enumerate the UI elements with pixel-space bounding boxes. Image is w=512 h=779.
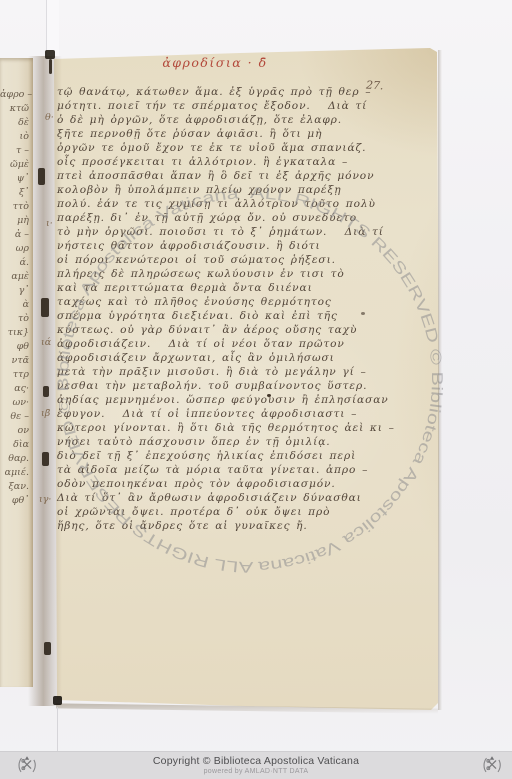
margin-number: ιβ̄: [41, 408, 50, 419]
text-line: ττρ: [0, 368, 29, 382]
text-line: ὰ: [0, 298, 29, 312]
binding-mark: [53, 696, 62, 705]
text-line: ταχέως καὶ τὸ πλῆθος ἐνούσης θερμότητος: [57, 295, 393, 309]
text-line: ῶμὲ: [0, 158, 29, 172]
text-line: θε –: [0, 410, 29, 424]
binding-mark: [45, 50, 55, 59]
text-line: τῷ θανάτῳ, κάτωθεν ἅμα. ἐξ ὑγρᾶς πρὸ τῇ …: [57, 85, 393, 99]
text-line: οἱ χρῶνται ὄψει. προτέρα δ᾽ οὐκ ὄψει πρὸ: [57, 505, 393, 519]
text-line: τὸ μὴν ὀργῶσι. ποιοῦσι τι τὸ ξ᾽ ῥημάτων.…: [57, 225, 393, 239]
text-line: ιὸ: [0, 130, 29, 144]
viewer-footer: Copyright © Biblioteca Apostolica Vatica…: [0, 751, 512, 779]
text-line: ον: [0, 424, 29, 438]
binding-mark: [49, 59, 52, 74]
page-right-edge-shadow: [438, 50, 442, 710]
text-line: κολοβὸν ἢ ὑπολάμπειν πλείω χρόνον παρέξῃ: [57, 183, 393, 197]
text-line: ντᾶ: [0, 354, 29, 368]
text-line: πλήρεις δὲ πληρώσεως κωλύουσιν ἐν τισι τ…: [57, 267, 393, 281]
text-line: ωρ: [0, 242, 29, 256]
text-line: ἀηδίας μεμνημένοι. ὥσπερ φεύγουσιν ἢ ἐπλ…: [57, 393, 393, 407]
text-line: κώτεροι γίνονται. ἢ ὅτι διὰ τῆς θερμότητ…: [57, 421, 393, 435]
footer-copyright-text: Copyright © Biblioteca Apostolica Vatica…: [0, 755, 512, 767]
text-line: τικ}: [0, 326, 29, 340]
binding-mark: [42, 452, 49, 466]
text-line: ὁ δὲ μὴ ὀργῶν, ὅτε ἀφροδισιάζῃ, ὅτε ἐλαφ…: [57, 113, 393, 127]
text-line: ὀργῶν τε ὁμοῦ ἔχον τε ἐκ τε υἱοῦ ἅμα σπα…: [57, 141, 393, 155]
text-line: γ᾽: [0, 284, 29, 298]
binding-mark: [44, 642, 51, 655]
text-line: ψ᾽: [0, 172, 29, 186]
text-line: θαρ.: [0, 452, 29, 466]
text-line: ά.: [0, 256, 29, 270]
text-line: ξαν.: [0, 480, 29, 494]
text-line: ἥβης, ὅτε οἱ ἄνδρες ὅτε αἱ γυναῖκες ἤ.: [57, 519, 393, 533]
binding-mark: [38, 168, 45, 185]
manuscript-text-block: τῷ θανάτῳ, κάτωθεν ἅμα. ἐξ ὑγρᾶς πρὸ τῇ …: [57, 85, 393, 533]
text-line: ξῆτε περνοθῇ ὅτε ῥύσαν ἀφιᾶσι. ἢ ὅτι μὴ: [57, 127, 393, 141]
text-line: πτεὶ ἀποσπᾶσθαι ἅπαν ἢ ὃ δεῖ τι ἐξ ἀρχῆς…: [57, 169, 393, 183]
text-line: σπέρμα ὑγρότητα διεξιέναι. διὸ καὶ ἐπὶ τ…: [57, 309, 393, 323]
margin-number: ι·: [46, 218, 53, 229]
text-line: καὶ τὰ περιττώματα θερμὰ ὄντα διιέναι: [57, 281, 393, 295]
text-line: αμιέ.: [0, 466, 29, 480]
text-line: ας·: [0, 382, 29, 396]
spine-tail-line: [57, 707, 58, 752]
text-line: ἀ –: [0, 228, 29, 242]
text-line: κτῶ: [0, 102, 29, 116]
backing-board-strip: [47, 0, 59, 57]
vatican-library-logo-icon: [481, 754, 503, 776]
text-line: μετὰ τὴν πρᾶξιν μισοῦσι. ἢ διὰ τὸ μεγάλη…: [57, 365, 393, 379]
facing-page-line-endings: ἀφρο –κτῶδὲιὸτ –ῶμὲψ᾽ξ᾽ττὸμὴἀ –ωρά.αμὲγ᾽…: [0, 88, 29, 508]
text-line: νεσθαι τὴν μεταβολήν. τοῦ συμβαίνοντος ὕ…: [57, 379, 393, 393]
text-line: ἔφυγον. Διὰ τί οἱ ἱππεύοντες ἀφροδισιαστ…: [57, 407, 393, 421]
footer-powered-by-text: powered by AMLAD·NTT DATA: [0, 768, 512, 775]
text-line: μότητι. ποιεῖ τήν τε σπέρματος ἔξοδον. Δ…: [57, 99, 393, 113]
text-line: φθ: [0, 340, 29, 354]
text-line: δὲ: [0, 116, 29, 130]
text-line: ἀφροδισιάζειν ἄρχωνται, αἷς ἂν ὁμιλήσωσι: [57, 351, 393, 365]
margin-number: ιγ·: [39, 494, 51, 505]
margin-number: θ·: [45, 112, 54, 123]
manuscript-viewer-page: ἀφρο –κτῶδὲιὸτ –ῶμὲψ᾽ξ᾽ττὸμὴἀ –ωρά.αμὲγ᾽…: [0, 0, 512, 779]
text-line: τὸ: [0, 312, 29, 326]
text-line: ἀφροδισιάζειν. Διὰ τί οἱ νέοι ὅταν πρῶτο…: [57, 337, 393, 351]
text-line: οἷς προσέγκειται τι ἀλλότριον. ἢ ἐγκαταλ…: [57, 155, 393, 169]
text-line: πολύ. ἐάν τε τις χυμίσῃ τι ἀλλότριον τοῦ…: [57, 197, 393, 211]
text-line: ἀφρο –: [0, 88, 29, 102]
rubric-heading: ἀφροδίσια · δ̄: [150, 55, 280, 70]
text-line: αμὲ: [0, 270, 29, 284]
text-line: κύστεως. οὐ γὰρ δύναιτ᾽ ἂν ἀέρος οὔσης τ…: [57, 323, 393, 337]
text-line: ξ᾽: [0, 186, 29, 200]
text-line: τ –: [0, 144, 29, 158]
binding-mark: [43, 386, 49, 397]
margin-number: ιά: [41, 337, 51, 348]
text-line: οδὸν πεποιηκέναι πρὸς τὸν ἀφροδισιασμόν.: [57, 477, 393, 491]
text-line: παρέξῃ. δι᾽ ἐν τῇ αὐτῇ χώρᾳ ὄν. οὐ συνεδ…: [57, 211, 393, 225]
text-line: φθ᾽: [0, 494, 29, 508]
text-line: διὸ δεῖ τῇ ξ᾽ ἐπεχούσης ἡλικίας ἐπιδόσει…: [57, 449, 393, 463]
text-line: τὰ αἰδοῖα μείζω τὰ μόρια ταῦτα γίνεται. …: [57, 463, 393, 477]
binding-mark: [41, 298, 49, 317]
text-line: νήστεις θᾶττον ἀφροδισιάζουσιν. ἢ διότι: [57, 239, 393, 253]
text-line: μὴ: [0, 214, 29, 228]
text-line: ττὸ: [0, 200, 29, 214]
text-line: δὶα: [0, 438, 29, 452]
text-line: ων·: [0, 396, 29, 410]
text-line: Διὰ τί ὅτ᾽ ἂν ἄρθωσιν ἀφροδισιάζειν δύνα…: [57, 491, 393, 505]
text-line: οἱ πόροι κενώτεροι οἱ τοῦ σώματος ῥήξεσι…: [57, 253, 393, 267]
text-line: νήσει ταὐτὸ πάσχουσιν ὅπερ ἐν τῇ ὁμιλίᾳ.: [57, 435, 393, 449]
